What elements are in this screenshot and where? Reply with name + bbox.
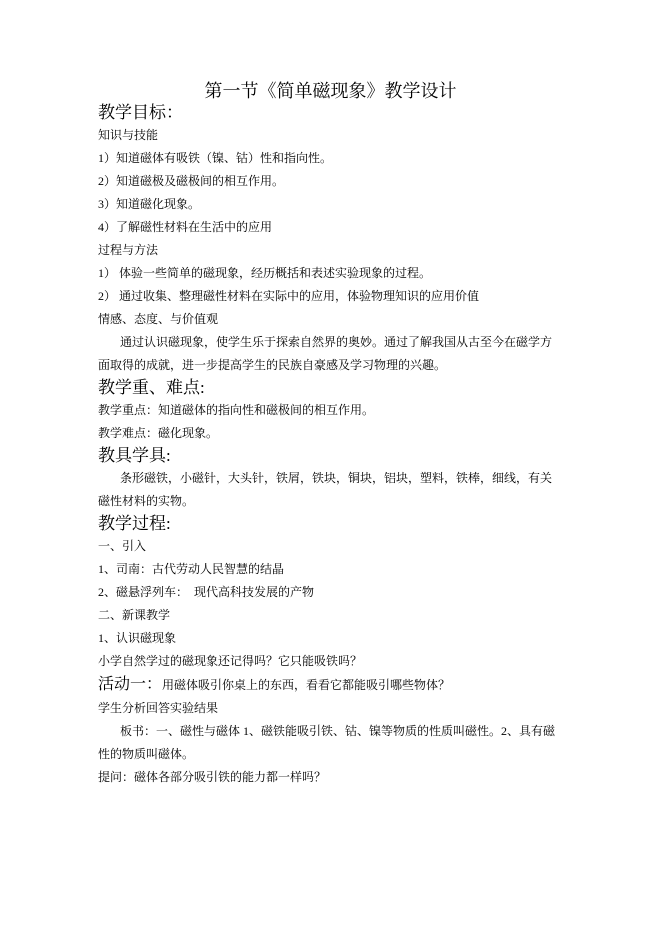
subheading-affect-values: 情感、态度、与价值观 bbox=[98, 308, 563, 331]
objective-item: 4）了解磁性材料在生活中的应用 bbox=[98, 216, 563, 239]
heading-teaching-objectives: 教学目标： bbox=[98, 102, 563, 124]
activity-one-text: 用磁体吸引你桌上的东西，看看它都能吸引哪些物体？ bbox=[162, 678, 450, 692]
activity-one-line: 活动一：用磁体吸引你桌上的东西，看看它都能吸引哪些物体？ bbox=[98, 673, 563, 697]
process-line: 二、新课教学 bbox=[98, 604, 563, 627]
process-line: 学生分析回答实验结果 bbox=[98, 697, 563, 720]
process-line: 2、磁悬浮列车： 现代高科技发展的产物 bbox=[98, 581, 563, 604]
objective-item: 1）知道磁体有吸铁（镍、钴）性和指向性。 bbox=[98, 147, 563, 170]
heading-teaching-process: 教学过程: bbox=[98, 513, 563, 535]
subheading-knowledge-skills: 知识与技能 bbox=[98, 124, 563, 147]
document-title: 第一节《简单磁现象》教学设计 bbox=[98, 80, 563, 102]
objective-item: 2） 通过收集、整理磁性材料在实际中的应用，体验物理知识的应用价值 bbox=[98, 285, 563, 308]
process-line: 1、认识磁现象 bbox=[98, 627, 563, 650]
document-page: 第一节《简单磁现象》教学设计 教学目标： 知识与技能 1）知道磁体有吸铁（镍、钴… bbox=[0, 0, 661, 935]
question-line: 提问：磁体各部分吸引铁的能力都一样吗？ bbox=[98, 766, 563, 789]
subheading-process-methods: 过程与方法 bbox=[98, 239, 563, 262]
objective-item: 3）知道磁化现象。 bbox=[98, 193, 563, 216]
difficult-point-line: 教学难点：磁化现象。 bbox=[98, 422, 563, 445]
affect-values-paragraph: 通过认识磁现象，使学生乐于探索自然界的奥妙。通过了解我国从古至今在磁学方面取得的… bbox=[98, 331, 563, 377]
key-point-line: 教学重点：知道磁体的指向性和磁极间的相互作用。 bbox=[98, 399, 563, 422]
process-line: 小学自然学过的磁现象还记得吗？它只能吸铁吗？ bbox=[98, 650, 563, 673]
heading-teaching-aids: 教具学具: bbox=[98, 445, 563, 467]
process-line: 1、司南：古代劳动人民智慧的结晶 bbox=[98, 558, 563, 581]
objective-item: 2）知道磁极及磁极间的相互作用。 bbox=[98, 170, 563, 193]
activity-one-label: 活动一： bbox=[98, 676, 162, 693]
board-writing-paragraph: 板书：一、磁性与磁体 1、磁铁能吸引铁、钴、镍等物质的性质叫磁性。2、具有磁性的… bbox=[98, 720, 563, 766]
objective-item: 1） 体验一些简单的磁现象，经历概括和表述实验现象的过程。 bbox=[98, 262, 563, 285]
teaching-aids-paragraph: 条形磁铁，小磁针，大头针，铁屑，铁块，铜块，铝块，塑料，铁棒，细线，有关磁性材料… bbox=[98, 467, 563, 513]
process-line: 一、引入 bbox=[98, 535, 563, 558]
heading-key-difficult-points: 教学重、难点: bbox=[98, 377, 563, 399]
